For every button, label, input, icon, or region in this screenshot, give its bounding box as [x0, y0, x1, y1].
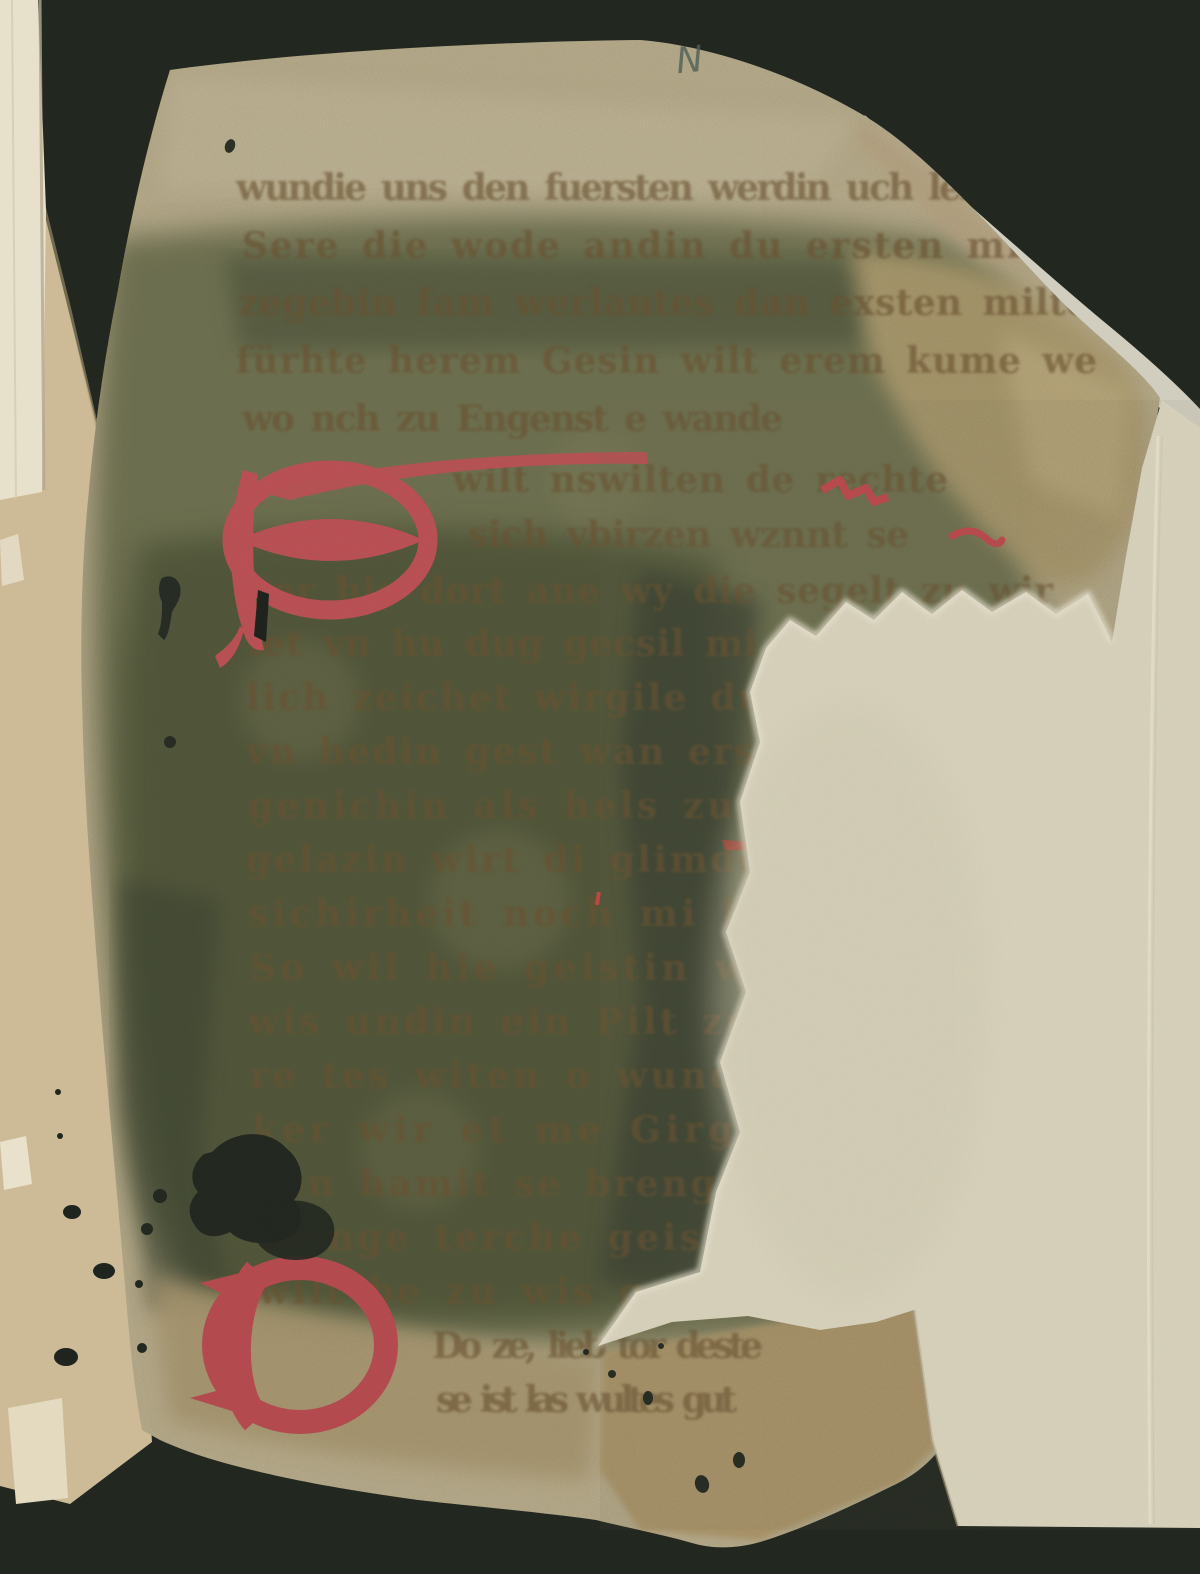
manuscript-scan-page: wundie uns den fuersten werdin uch lehnn…	[0, 0, 1200, 1574]
pencil-foliation-mark: N	[674, 39, 705, 83]
binding-strip-cream	[0, 0, 46, 500]
backing-paper-grain	[600, 400, 1200, 1530]
paper-scrap-bottom-left	[8, 1398, 68, 1504]
manuscript-scan: wundie uns den fuersten werdin uch lehnn…	[0, 0, 1200, 1574]
backing-paper-tear	[598, 400, 1200, 1530]
